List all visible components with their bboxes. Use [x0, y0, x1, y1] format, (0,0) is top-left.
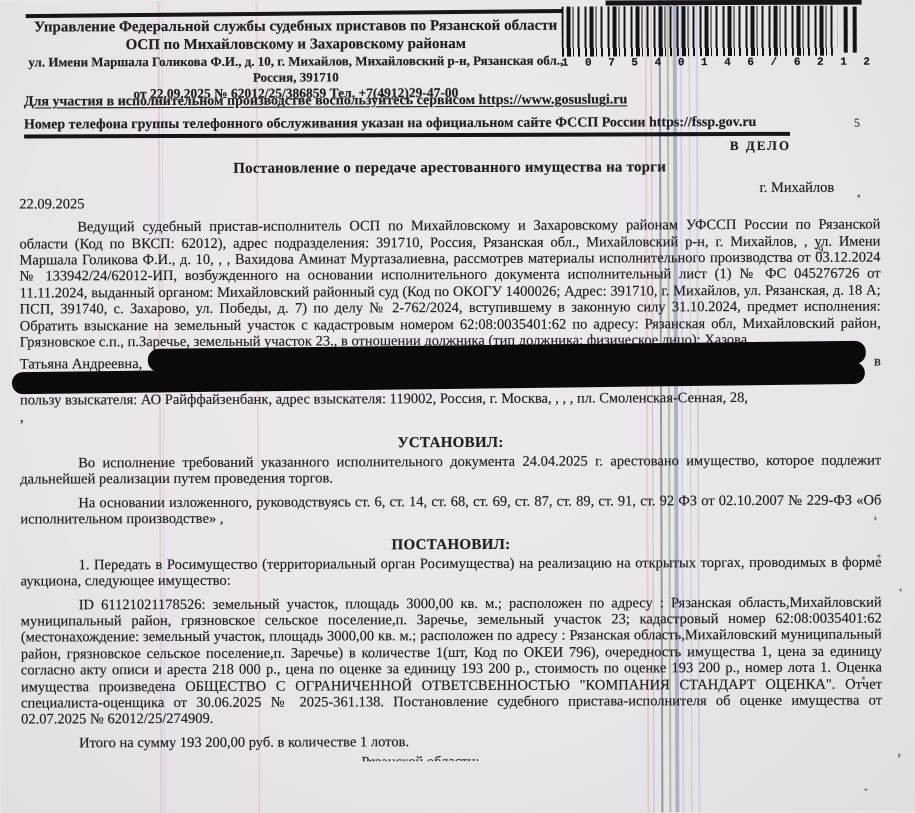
clipped-bottom-text: … Рязанской области: [343, 753, 882, 762]
section-heading-postanovil: ПОСТАНОВИЛ: [20, 536, 881, 555]
body-paragraph-1: Ведущий судебный пристав-исполнитель ОСП… [19, 217, 880, 351]
dept-name: ОСП по Михайловскому и Захаровскому райо… [26, 35, 566, 55]
body-paragraph-3: На основании изложенного, руководствуясь… [20, 492, 881, 528]
letterhead-org-block: Управление Федеральной службы судебных п… [26, 17, 566, 103]
section-heading-ustanovil: УСТАНОВИЛ: [20, 434, 881, 453]
document-sheet: Управление Федеральной службы судебных п… [0, 0, 915, 813]
barcode-bars-icon [562, 6, 838, 57]
body-paragraph-2: Во исполнение требований указанного испо… [20, 452, 881, 488]
redaction-trailing-word: в [874, 354, 881, 370]
barcode: 1 0 7 5 4 0 1 4 6 / 6 2 1 2 [562, 6, 862, 70]
scanned-document-page: { "header": { "org_line1": "Управление Ф… [0, 0, 915, 813]
doc-title: Постановление о передаче арестованного и… [19, 159, 880, 178]
margin-noise-digit: 5 [854, 116, 860, 131]
document-body: Постановление о передаче арестованного и… [19, 155, 882, 763]
barcode-guard-bars-icon [844, 7, 860, 53]
scan-speck [900, 588, 902, 591]
body-paragraph-4: 1. Передать в Росимущество (территориаль… [21, 554, 882, 590]
case-mark: В ДЕЛО [0, 138, 791, 157]
org-address-line1: ул. Имени Маршала Голикова Ф.И., д. 10, … [26, 53, 566, 71]
body-paragraph-5: ID 61121021178526: земельный участок, пл… [21, 594, 882, 728]
body-paragraph-total: Итого на сумму 193 200,00 руб. в количес… [21, 732, 882, 751]
doc-date: 22.09.2025 [19, 193, 880, 212]
scan-speck [898, 753, 900, 757]
top-right-rule [606, 0, 862, 5]
phone-notice: Номер телефона группы телефонного обслуж… [24, 115, 756, 134]
scan-speck [864, 789, 867, 791]
org-name: Управление Федеральной службы судебных п… [26, 17, 566, 37]
gosuslugi-notice: Для участия в исполнительном производств… [24, 92, 627, 110]
trailing-comma: , [20, 406, 881, 425]
barcode-digits: 1 0 7 5 4 0 1 4 6 / 6 2 1 2 [562, 57, 838, 70]
